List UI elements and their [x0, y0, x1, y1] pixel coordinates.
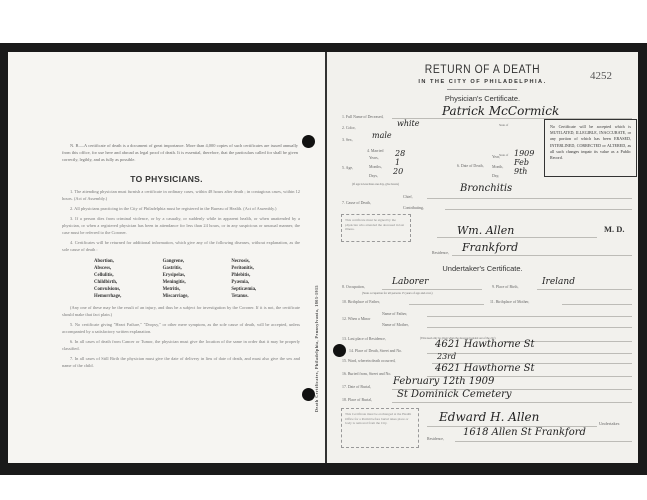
full-name-value: Patrick McCormick: [442, 104, 559, 118]
disease: Abortion,: [94, 258, 163, 265]
warning-box: No Certificate will be accepted which is…: [544, 119, 637, 177]
date-of-death-label: 6. Date of Death,: [457, 164, 484, 168]
disease: Septicæmia,: [231, 286, 300, 293]
right-page: RETURN OF A DEATH IN THE CITY OF PHILADE…: [327, 52, 638, 463]
death-year-value: 1909: [514, 149, 534, 158]
place-of-birth-label: 9. Place of Birth,: [492, 285, 518, 289]
death-month-value: Feb: [514, 158, 529, 167]
name-mother-label: Name of Mother,: [382, 323, 409, 327]
age-label: 5. Age,: [342, 166, 353, 170]
death-month-label: Month,: [492, 165, 503, 169]
age-months-label: Months,: [369, 165, 382, 169]
disease: Gastritis,: [163, 265, 232, 272]
left-page: N. B.—A certificate of death is a docume…: [8, 52, 325, 463]
physician-rules: 1. The attending physician must furnish …: [62, 188, 300, 372]
cause-chief-value: Bronchitis: [460, 183, 512, 194]
undertaker-note-box: This Certificate must be exchanged at th…: [341, 408, 419, 448]
physician-note-box: This certificate must be signed by the p…: [341, 214, 411, 242]
ward-label: 15. Ward, wherein death occurred,: [342, 359, 396, 363]
age-days-label: Days,: [369, 174, 378, 178]
disease: Hemorrhage,: [94, 293, 163, 300]
place-of-death-label: 14. Place of Death, Street and No.: [349, 349, 402, 353]
undertaker-residence-label: Residence,: [427, 437, 444, 441]
death-day-value: 9th: [514, 167, 527, 176]
place-of-burial-value: St Dominick Cemetery: [397, 389, 512, 400]
rule-7: 7. In all cases of Still Birth the physi…: [62, 355, 300, 369]
field-line: [562, 304, 632, 305]
to-physicians-heading: TO PHYSICIANS.: [8, 174, 325, 184]
cause-chief-label: Chief,: [403, 195, 413, 199]
nb-note: N. B.—A certificate of death is a docume…: [62, 142, 298, 163]
birthplace-mother-label: 11. Birthplace of Mother,: [490, 300, 529, 304]
undertaker-signature: Edward H. Allen: [439, 410, 539, 424]
age-months-value: 1: [395, 158, 400, 167]
disease: Meningitis,: [163, 279, 232, 286]
when-minor-label: 12. When a Minor: [342, 317, 370, 321]
punch-hole-icon: [333, 344, 346, 357]
field-line: [392, 402, 632, 403]
age-years-label: Years,: [369, 156, 379, 160]
buried-from-value: 4621 Hawthorne St: [435, 363, 535, 374]
physicians-certificate-heading: Physician's Certificate.: [327, 94, 638, 103]
field-line: [437, 237, 597, 238]
age-note: (If age is less than one day, give hours…: [352, 182, 399, 186]
disease: Tetanus.: [231, 293, 300, 300]
physician-signature: Wm. Allen: [457, 224, 514, 237]
disease: Childbirth,: [94, 279, 163, 286]
occupation-note: (State occupation for all persons 15 yea…: [362, 291, 433, 295]
rule-6: 6. In all cases of death from Cancer or …: [62, 338, 300, 352]
buried-from-label: 16. Buried from, Street and No.: [342, 372, 391, 376]
disease-list: Abortion, Gangrene, Necrosis, Abscess, G…: [62, 256, 300, 304]
disease: Peritonitis,: [231, 265, 300, 272]
field-line: [445, 209, 632, 210]
state-of-label: State of: [499, 153, 508, 157]
field-line: [427, 353, 632, 354]
married-label: 4. Married: [367, 149, 383, 153]
death-year-label: Year,: [492, 155, 500, 159]
field-line: [452, 255, 632, 256]
undertaker-suffix: Undertaker.: [599, 421, 620, 426]
field-line: [455, 441, 632, 442]
state-of-label: State of: [499, 123, 508, 127]
age-years-value: 28: [395, 149, 405, 158]
date-of-burial-label: 17. Date of Burial,: [342, 385, 371, 389]
disease: Cellulitis,: [94, 272, 163, 279]
md-suffix: M. D.: [604, 224, 625, 234]
color-value: white: [397, 119, 420, 128]
sex-label: 3. Sex,: [342, 138, 353, 142]
disease: Gangrene,: [163, 258, 232, 265]
disease: Convulsions,: [94, 286, 163, 293]
disease: Erysipelas,: [163, 272, 232, 279]
occupation-value: Laborer: [392, 277, 428, 287]
disease: Abscess,: [94, 265, 163, 272]
divider: [447, 89, 517, 90]
rule-1: 1. The attending physician must furnish …: [62, 188, 300, 202]
cause-contributing-label: Contributing,: [403, 206, 424, 210]
physician-residence-value: Frankford: [462, 241, 518, 254]
undertakers-certificate-heading: Undertaker's Certificate.: [327, 264, 638, 273]
death-day-label: Day,: [492, 174, 499, 178]
name-father-label: Name of Father,: [382, 312, 407, 316]
ward-value: 23rd: [437, 352, 456, 361]
rule-2: 2. All physicians practicing in the City…: [62, 205, 300, 212]
age-days-value: 20: [393, 167, 403, 176]
rule-5: 5. No certificate giving "Heart Failure,…: [62, 321, 300, 335]
disease: Necrosis,: [231, 258, 300, 265]
punch-hole-icon: [302, 135, 315, 148]
full-name-label: 1. Full Name of Deceased,: [342, 115, 384, 119]
disease: Miscarriage,: [163, 293, 232, 300]
field-line: [427, 316, 632, 317]
spine-stamp: Death Certificates, Philadelphia, Pennsy…: [314, 112, 322, 412]
rule-4: 4. Certificates will be returned for add…: [62, 239, 300, 253]
form-title: RETURN OF A DEATH: [343, 64, 623, 76]
last-residence-label: 13. Last place of Residence,: [342, 337, 386, 341]
field-line: [537, 289, 632, 290]
field-line: [409, 304, 484, 305]
occupation-label: 8. Occupation,: [342, 285, 365, 289]
rule-3: 3. If a person dies from criminal violen…: [62, 215, 300, 236]
undertaker-residence-value: 1618 Allen St Frankford: [463, 427, 586, 438]
cause-of-death-label: 7. Cause of Death,: [342, 201, 371, 205]
birthplace-father-label: 10. Birthplace of Father,: [342, 300, 380, 304]
registration-number: 4252: [590, 70, 612, 82]
physician-residence-label: Residence,: [432, 251, 449, 255]
date-of-burial-value: February 12th 1909: [393, 376, 494, 387]
place-of-death-value: 4621 Hawthorne St: [435, 339, 535, 350]
disease: Metritis,: [163, 286, 232, 293]
place-of-burial-label: 18. Place of Burial,: [342, 398, 372, 402]
field-line: [427, 327, 632, 328]
field-line: [427, 198, 632, 199]
disease: Pyæmia,: [231, 279, 300, 286]
disease: Phlebitis,: [231, 272, 300, 279]
color-label: 2. Color,: [342, 126, 356, 130]
scan-frame: N. B.—A certificate of death is a docume…: [0, 43, 647, 475]
field-line: [382, 289, 482, 290]
punch-hole-icon: [302, 388, 315, 401]
sex-value: male: [372, 131, 392, 140]
place-of-birth-value: Ireland: [542, 277, 575, 287]
rule-note: (Any one of these may be the result of a…: [62, 304, 300, 318]
